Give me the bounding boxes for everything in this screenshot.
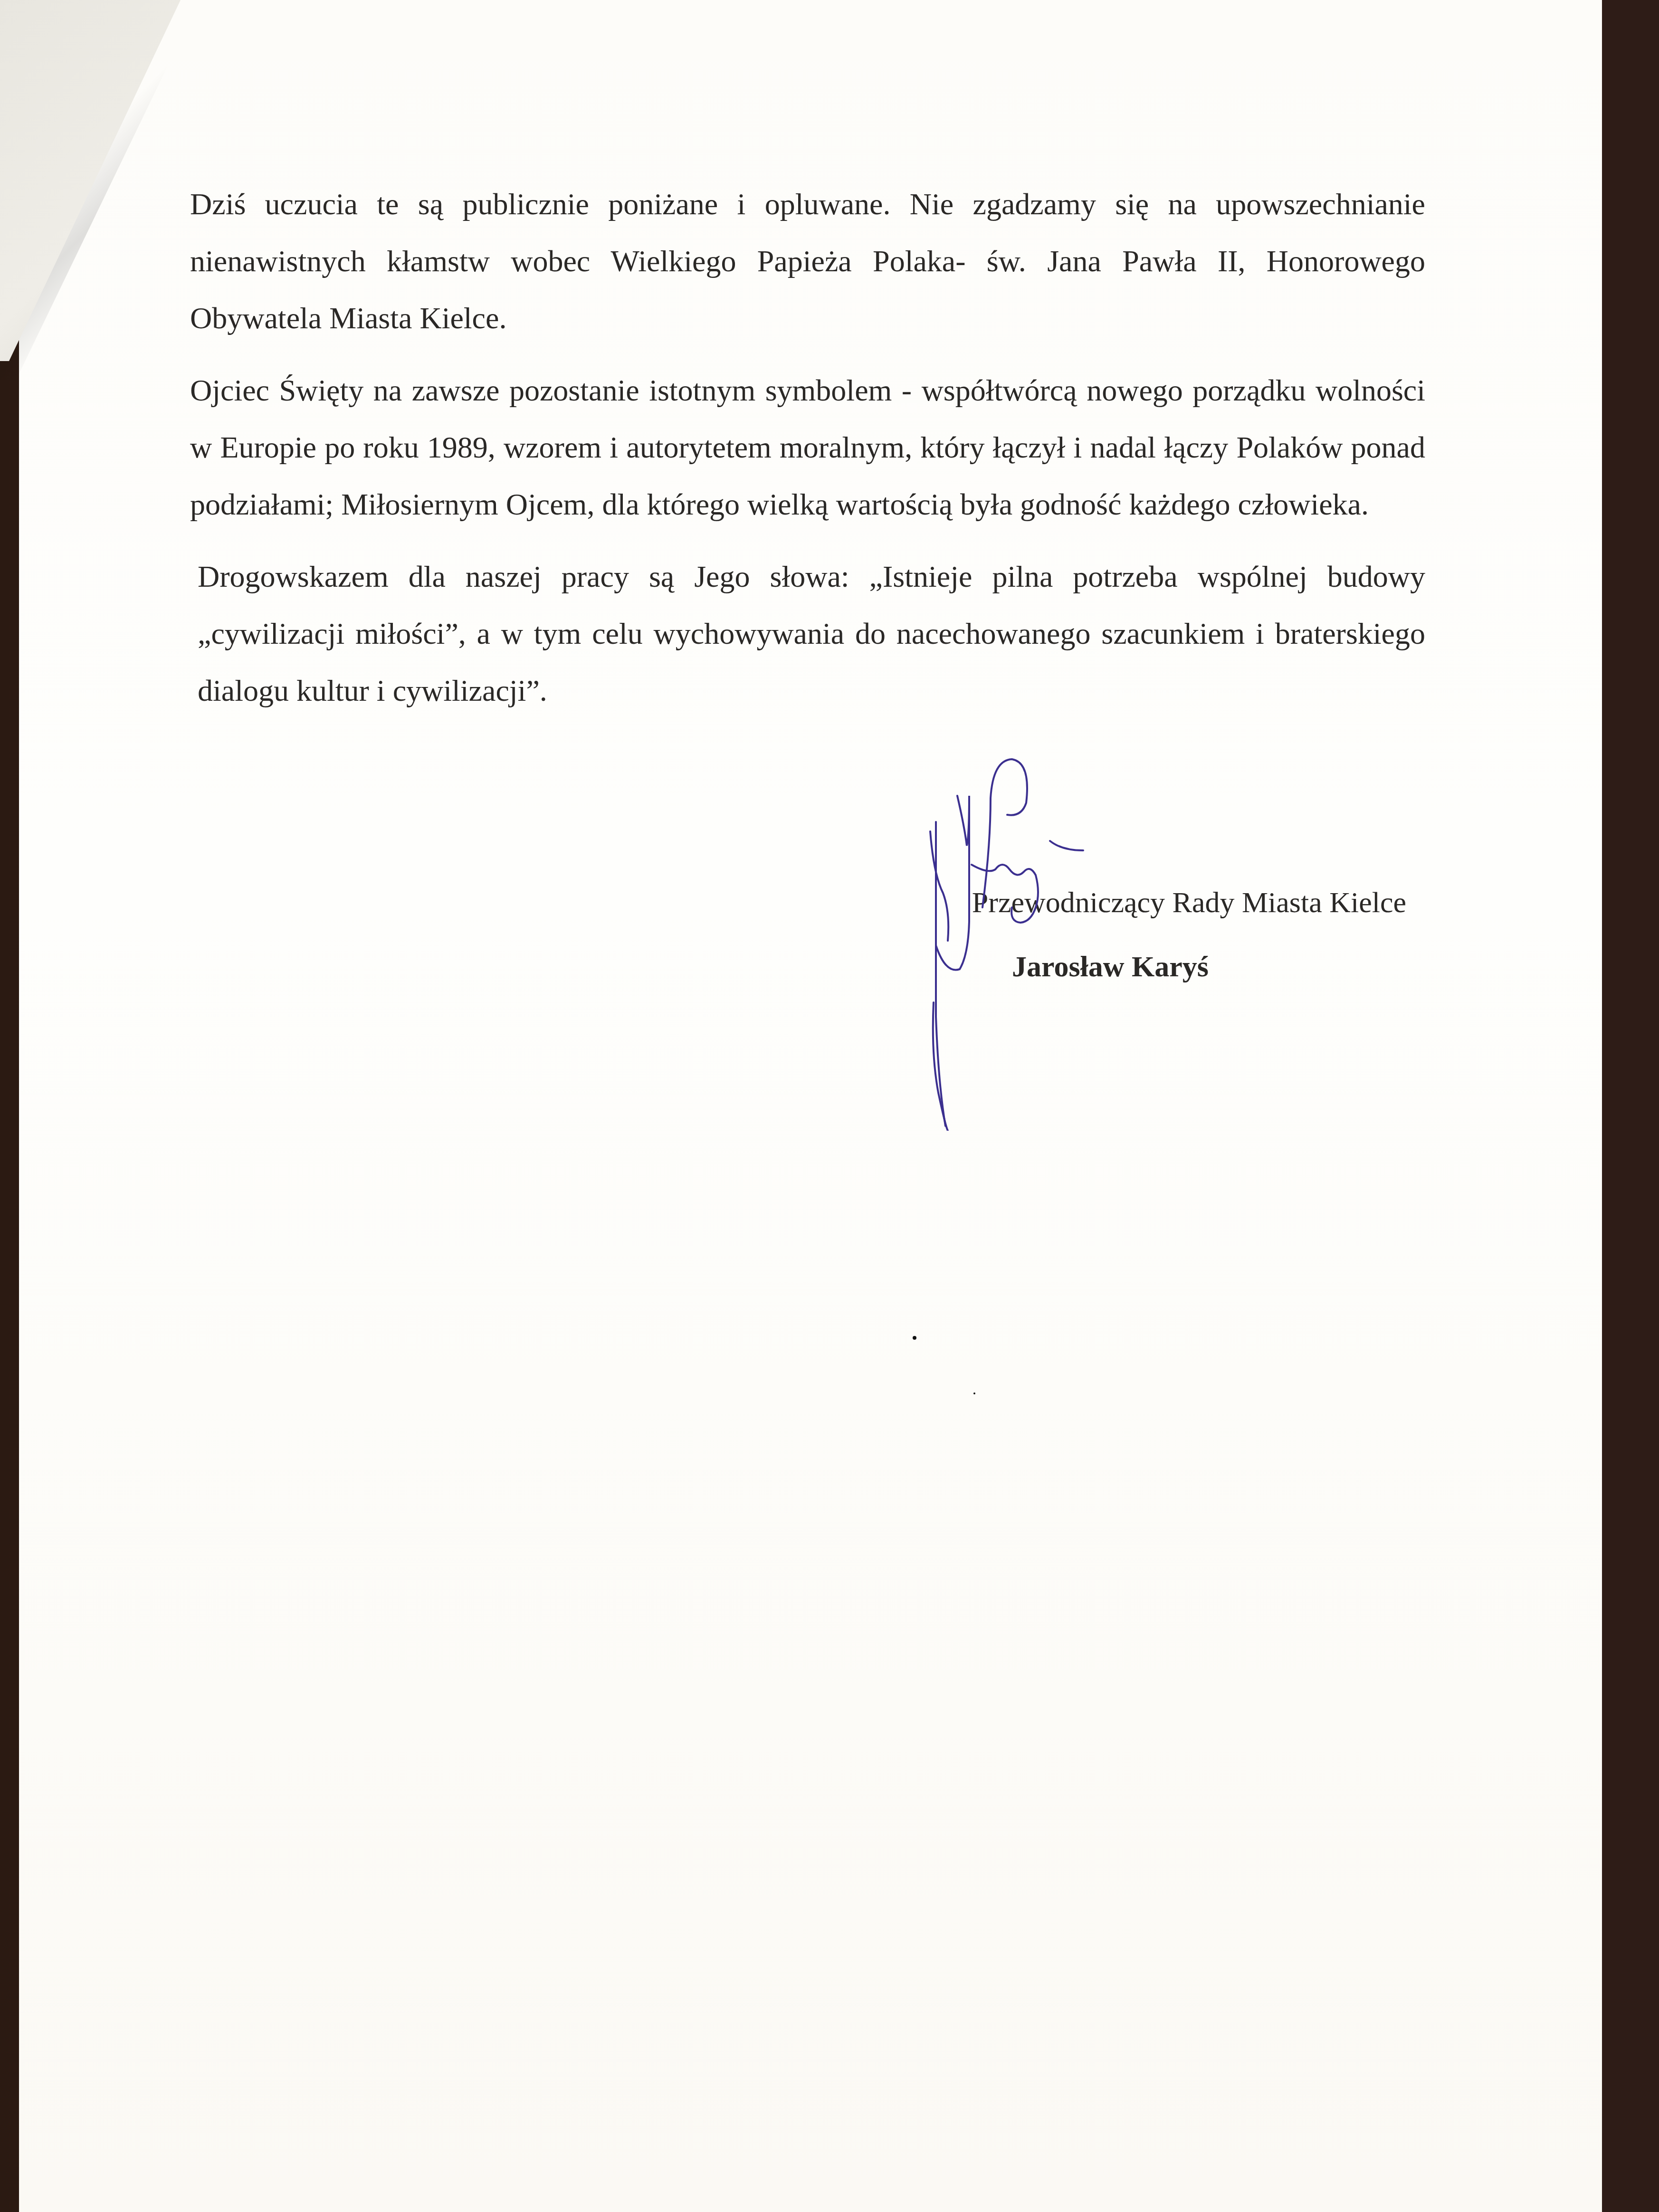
paragraph-1: Dziś uczucia te są publicznie poniżane i… xyxy=(190,176,1425,347)
signature-block: Przewodniczący Rady Miasta Kielce Jarosł… xyxy=(884,884,1406,984)
document-page: Dziś uczucia te są publicznie poniżane i… xyxy=(19,0,1606,2212)
signatory-title: Przewodniczący Rady Miasta Kielce xyxy=(884,884,1406,922)
letter-body: Dziś uczucia te są publicznie poniżane i… xyxy=(190,176,1425,734)
paragraph-3: Drogowskazem dla naszej pracy są Jego sł… xyxy=(190,548,1425,719)
paragraph-2: Ojciec Święty na zawsze pozostanie istot… xyxy=(190,362,1425,533)
speck xyxy=(913,1336,916,1340)
desk-edge xyxy=(1602,0,1659,2212)
speck xyxy=(973,1392,975,1394)
signatory-name: Jarosław Karyś xyxy=(884,950,1406,984)
